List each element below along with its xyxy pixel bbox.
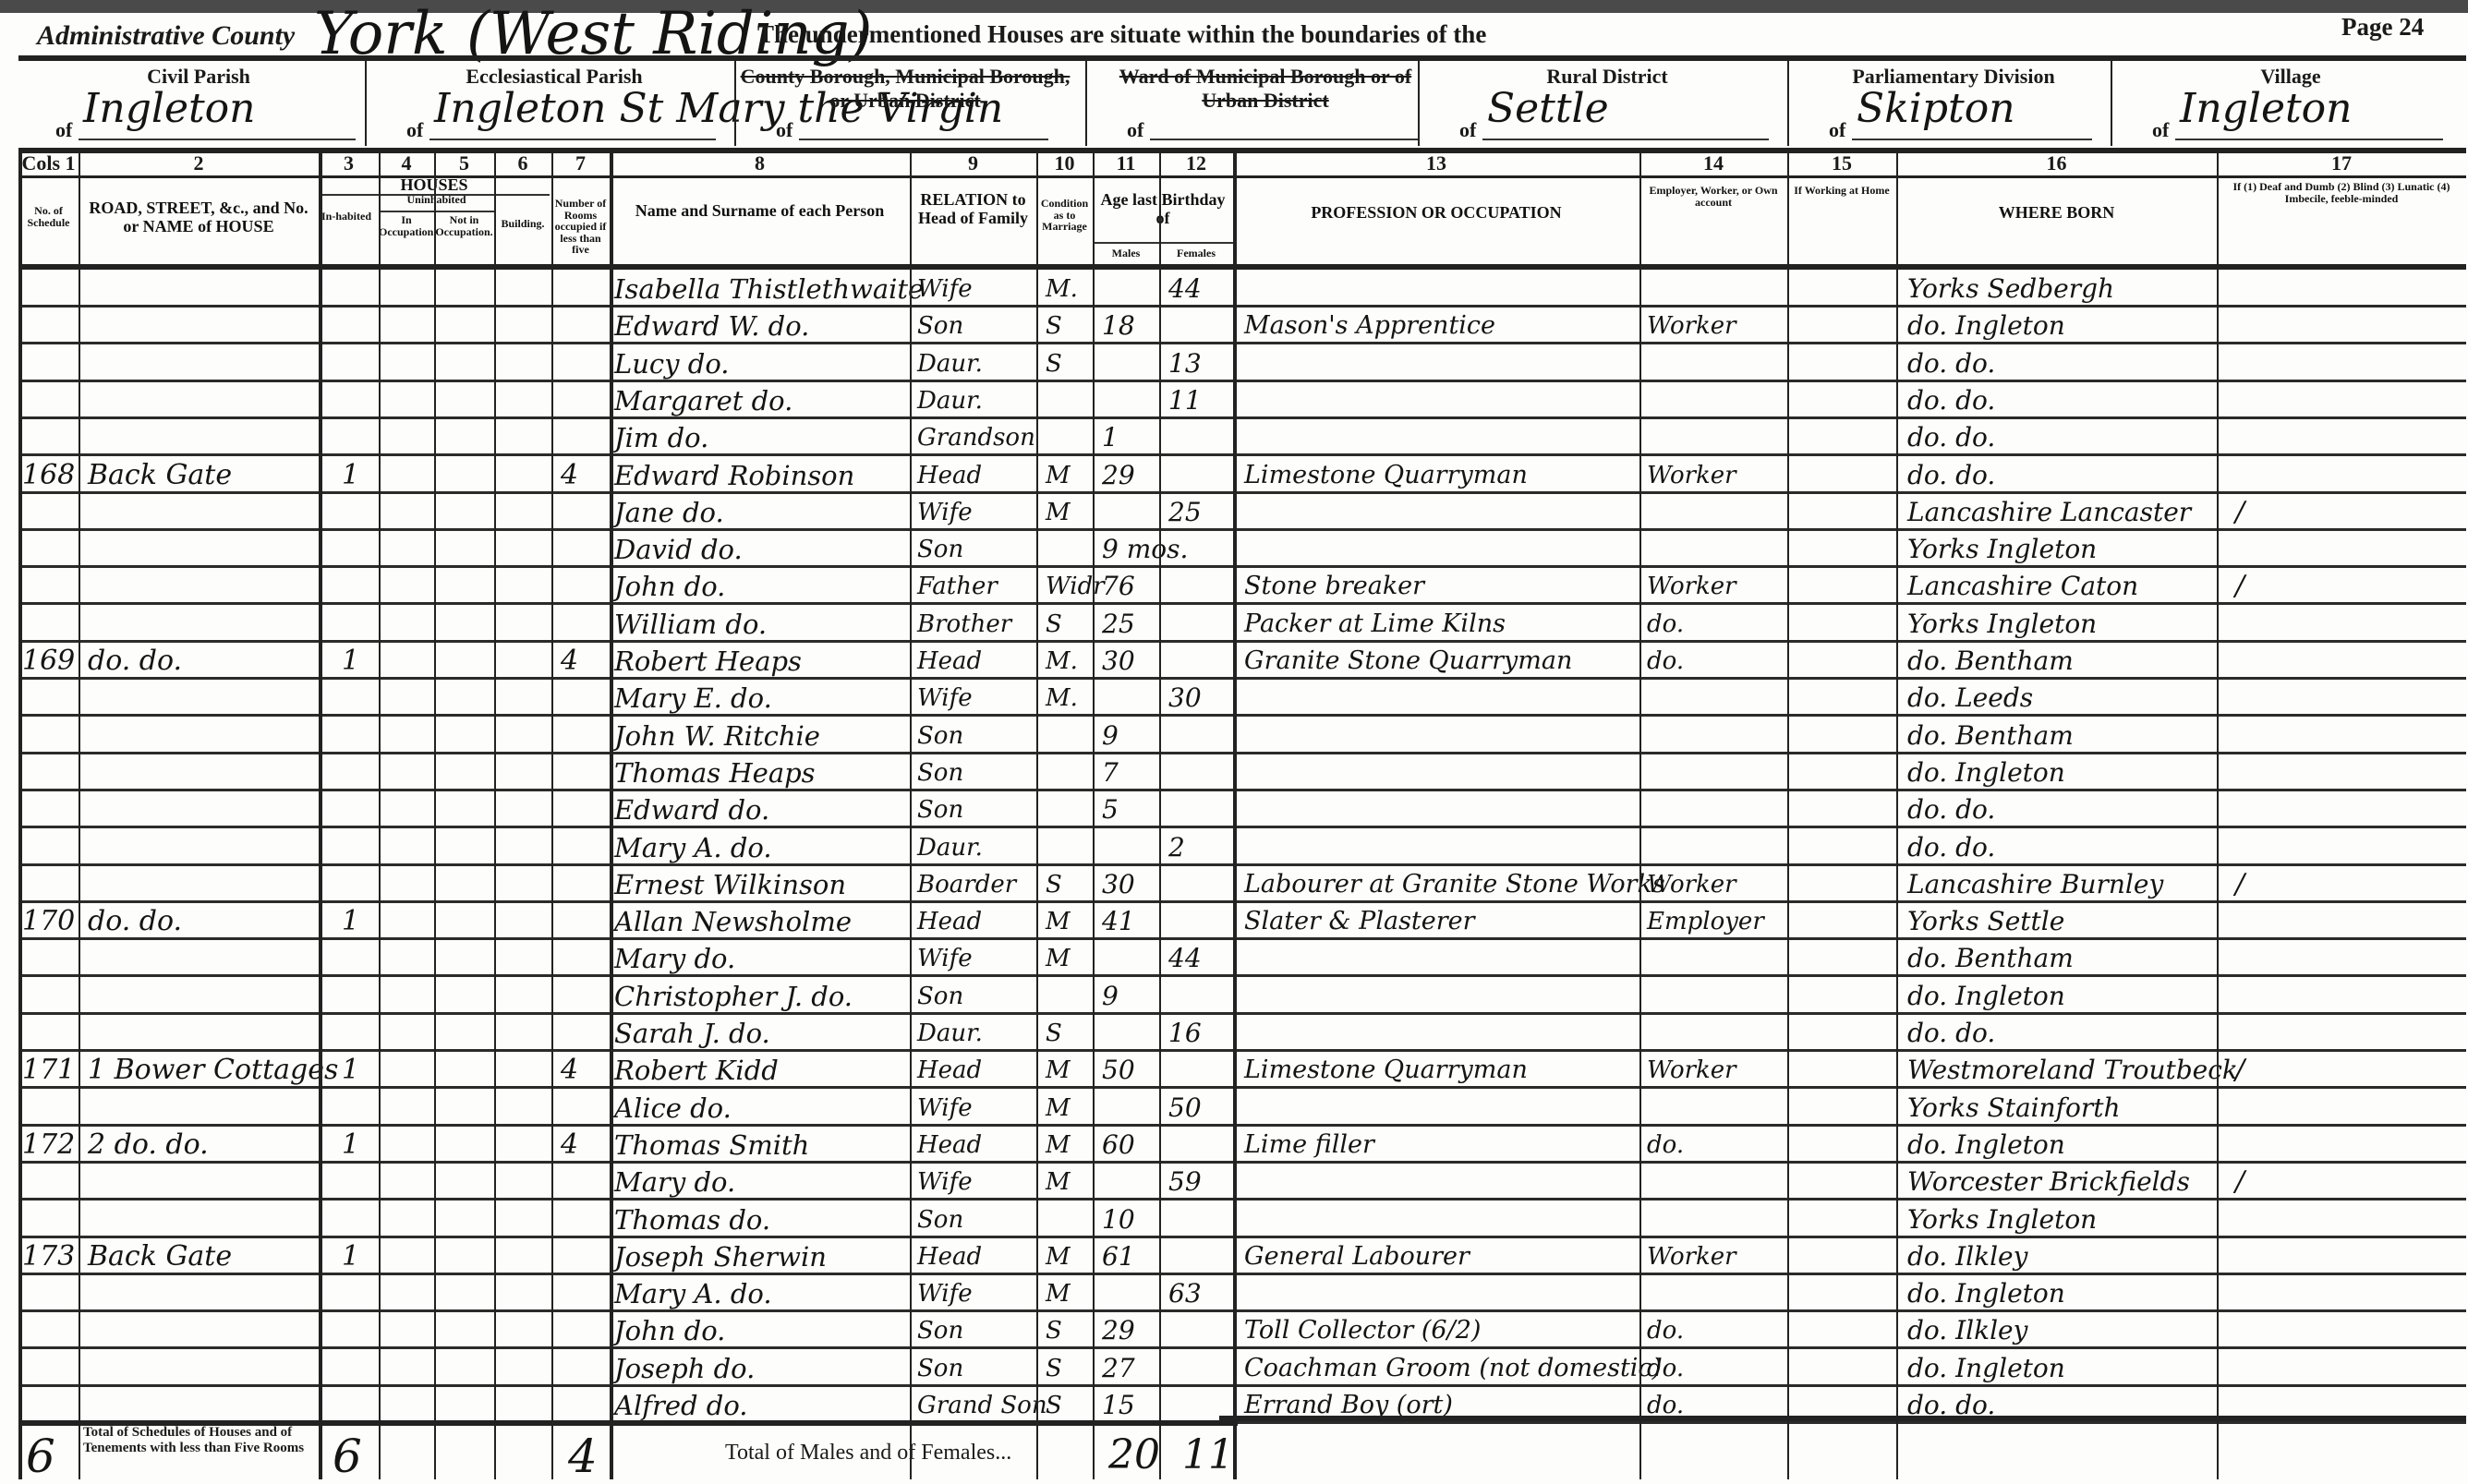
address bbox=[88, 863, 319, 900]
infirmity-mark bbox=[2235, 826, 2291, 863]
occupation: Packer at Lime Kilns bbox=[1244, 603, 1641, 640]
age-female: 25 bbox=[1168, 491, 1228, 528]
address bbox=[88, 1384, 319, 1421]
infirmity-mark bbox=[2235, 380, 2291, 416]
address bbox=[88, 1309, 319, 1346]
schedule-number bbox=[22, 1087, 78, 1124]
schedule-header: No. of Schedule bbox=[18, 205, 79, 228]
where-born: Yorks Settle bbox=[1907, 900, 2221, 937]
person-name: Lucy do. bbox=[614, 343, 919, 380]
age-male: 5 bbox=[1102, 789, 1162, 826]
column-number: 14 bbox=[1639, 151, 1787, 175]
where-born: do. Bentham bbox=[1907, 937, 2221, 974]
marital-condition: S bbox=[1046, 1384, 1096, 1421]
marital-condition bbox=[1046, 416, 1096, 453]
column-number: 12 bbox=[1159, 151, 1233, 175]
relation: Son bbox=[917, 305, 1037, 342]
person-name: Mary do. bbox=[614, 1161, 919, 1198]
where-born: Yorks Ingleton bbox=[1907, 1199, 2221, 1236]
infirmity-mark bbox=[2235, 937, 2291, 974]
column-rule bbox=[610, 150, 613, 1479]
employment-status bbox=[1647, 528, 1790, 565]
column-number: 4 bbox=[379, 151, 434, 175]
underline bbox=[1852, 139, 2092, 140]
person-name: Edward W. do. bbox=[614, 305, 919, 342]
schedule-number: 172 bbox=[22, 1124, 78, 1161]
occupation: Limestone Quarryman bbox=[1244, 1049, 1641, 1086]
marital-condition: M. bbox=[1046, 677, 1096, 714]
age-male bbox=[1102, 1273, 1162, 1309]
inhabited-count bbox=[342, 715, 379, 752]
schedule-number bbox=[22, 416, 78, 453]
occupation bbox=[1244, 937, 1641, 974]
rooms-count bbox=[561, 1199, 607, 1236]
schedule-number: 173 bbox=[22, 1236, 78, 1273]
schedule-number bbox=[22, 1273, 78, 1309]
infirmity-mark bbox=[2235, 715, 2291, 752]
address: do. do. bbox=[88, 900, 319, 937]
infirmity-mark bbox=[2235, 454, 2291, 491]
inhabited-count bbox=[342, 1012, 379, 1049]
occupation bbox=[1244, 416, 1641, 453]
occupation bbox=[1244, 491, 1641, 528]
inhabited-count: 1 bbox=[342, 640, 379, 677]
inhabited-count bbox=[342, 1199, 379, 1236]
address bbox=[88, 752, 319, 789]
header-divider bbox=[365, 59, 367, 146]
age-female bbox=[1168, 975, 1228, 1012]
column-rule bbox=[494, 150, 496, 1479]
occupation: Limestone Quarryman bbox=[1244, 454, 1641, 491]
relation: Wife bbox=[917, 677, 1037, 714]
rooms-count bbox=[561, 268, 607, 305]
divider bbox=[18, 55, 2466, 61]
person-name: Jane do. bbox=[614, 491, 919, 528]
at-home-header: If Working at Home bbox=[1787, 185, 1896, 197]
person-name: Thomas Smith bbox=[614, 1124, 919, 1161]
person-name: Edward Robinson bbox=[614, 454, 919, 491]
relation: Grand Son bbox=[917, 1384, 1037, 1421]
column-rule bbox=[379, 150, 381, 1479]
employment-status: Worker bbox=[1647, 454, 1790, 491]
total-rooms: 4 bbox=[568, 1430, 598, 1483]
age-male: 1 bbox=[1102, 416, 1162, 453]
relation: Grandson bbox=[917, 416, 1037, 453]
marital-condition bbox=[1046, 789, 1096, 826]
marital-condition: Widr bbox=[1046, 565, 1096, 602]
total-males: 20 bbox=[1108, 1431, 1160, 1478]
relation: Head bbox=[917, 1236, 1037, 1273]
where-born: Yorks Sedbergh bbox=[1907, 268, 2221, 305]
divider bbox=[379, 211, 494, 212]
column-rule bbox=[1036, 150, 1038, 1479]
address bbox=[88, 677, 319, 714]
inhabited-count bbox=[342, 752, 379, 789]
column-number: 11 bbox=[1093, 151, 1159, 175]
age-female: 2 bbox=[1168, 826, 1228, 863]
person-name: Robert Kidd bbox=[614, 1049, 919, 1086]
schedule-number bbox=[22, 1012, 78, 1049]
schedule-number bbox=[22, 1199, 78, 1236]
employment-status bbox=[1647, 1012, 1790, 1049]
rooms-count bbox=[561, 900, 607, 937]
column-number: 3 bbox=[319, 151, 379, 175]
relation: Son bbox=[917, 528, 1037, 565]
females-header: Females bbox=[1159, 247, 1233, 259]
schedule-number: 169 bbox=[22, 640, 78, 677]
where-born-header: WHERE BORN bbox=[1896, 203, 2217, 222]
address bbox=[88, 565, 319, 602]
marital-condition bbox=[1046, 752, 1096, 789]
relation: Head bbox=[917, 640, 1037, 677]
employment-status bbox=[1647, 1087, 1790, 1124]
relation: Wife bbox=[917, 491, 1037, 528]
age-male: 27 bbox=[1102, 1347, 1162, 1384]
infirmity-mark bbox=[2235, 1236, 2291, 1273]
inhabited-count: 1 bbox=[342, 454, 379, 491]
person-name: David do. bbox=[614, 528, 919, 565]
employment-status: do. bbox=[1647, 640, 1790, 677]
age-female: 44 bbox=[1168, 268, 1228, 305]
age-female bbox=[1168, 603, 1228, 640]
inhabited-count bbox=[342, 863, 379, 900]
employment-status bbox=[1647, 752, 1790, 789]
infirmity-header: If (1) Deaf and Dumb (2) Blind (3) Lunat… bbox=[2226, 181, 2457, 204]
occupation bbox=[1244, 268, 1641, 305]
header-field-value: Skipton bbox=[1857, 85, 2015, 132]
occupation-header: PROFESSION OR OCCUPATION bbox=[1233, 203, 1639, 222]
marital-condition bbox=[1046, 380, 1096, 416]
infirmity-mark bbox=[2235, 640, 2291, 677]
age-male: 10 bbox=[1102, 1199, 1162, 1236]
column-number: 10 bbox=[1036, 151, 1093, 175]
inhabited-count bbox=[342, 528, 379, 565]
column-number: 6 bbox=[494, 151, 551, 175]
person-name: Mary E. do. bbox=[614, 677, 919, 714]
marital-condition bbox=[1046, 975, 1096, 1012]
underline bbox=[2175, 139, 2443, 140]
where-born: do. Ingleton bbox=[1907, 305, 2221, 342]
divider bbox=[1219, 1416, 2466, 1421]
infirmity-mark bbox=[2235, 677, 2291, 714]
schedule-number bbox=[22, 1347, 78, 1384]
column-rule bbox=[551, 150, 553, 1479]
where-born: do. Ingleton bbox=[1907, 1124, 2221, 1161]
relation: Wife bbox=[917, 268, 1037, 305]
age-male: 30 bbox=[1102, 640, 1162, 677]
address bbox=[88, 603, 319, 640]
inhabited-count bbox=[342, 1347, 379, 1384]
employment-status: Worker bbox=[1647, 863, 1790, 900]
relation: Daur. bbox=[917, 1012, 1037, 1049]
employment-status bbox=[1647, 1161, 1790, 1198]
infirmity-mark bbox=[2235, 900, 2291, 937]
where-born: do. do. bbox=[1907, 826, 2221, 863]
marital-condition bbox=[1046, 715, 1096, 752]
employment-status: Employer bbox=[1647, 900, 1790, 937]
inhabited-count bbox=[342, 975, 379, 1012]
age-male bbox=[1102, 1087, 1162, 1124]
rooms-header: Number of Rooms occupied if less than fi… bbox=[551, 198, 610, 256]
age-female: 30 bbox=[1168, 677, 1228, 714]
employment-status: Worker bbox=[1647, 1049, 1790, 1086]
marital-condition: M bbox=[1046, 454, 1096, 491]
where-born: do. Bentham bbox=[1907, 640, 2221, 677]
occupation bbox=[1244, 1161, 1641, 1198]
age-female: 11 bbox=[1168, 380, 1228, 416]
males-header: Males bbox=[1093, 247, 1159, 259]
relation: Brother bbox=[917, 603, 1037, 640]
age-header: Age last Birthday of bbox=[1093, 190, 1233, 227]
age-male bbox=[1102, 937, 1162, 974]
employment-status bbox=[1647, 937, 1790, 974]
where-born: do. do. bbox=[1907, 416, 2221, 453]
person-name: Alfred do. bbox=[614, 1384, 919, 1421]
where-born: do. Ingleton bbox=[1907, 1347, 2221, 1384]
column-rule bbox=[1159, 150, 1161, 1479]
header-field-of: of bbox=[55, 118, 72, 142]
header-field-of: of bbox=[1829, 118, 1845, 142]
occupation bbox=[1244, 975, 1641, 1012]
marital-condition: M bbox=[1046, 1161, 1096, 1198]
column-number: 13 bbox=[1233, 151, 1639, 175]
occupation bbox=[1244, 715, 1641, 752]
schedule-number bbox=[22, 1384, 78, 1421]
age-female: 50 bbox=[1168, 1087, 1228, 1124]
person-name: Thomas do. bbox=[614, 1199, 919, 1236]
schedule-number bbox=[22, 1309, 78, 1346]
age-female bbox=[1168, 863, 1228, 900]
age-male: 30 bbox=[1102, 863, 1162, 900]
relation: Daur. bbox=[917, 380, 1037, 416]
occupation bbox=[1244, 1273, 1641, 1309]
person-name: Robert Heaps bbox=[614, 640, 919, 677]
header-field-of: of bbox=[776, 118, 792, 142]
where-born: Westmoreland Troutbeck bbox=[1907, 1049, 2221, 1086]
census-page: Administrative County York (West Riding)… bbox=[0, 0, 2468, 1484]
header-field-label: County Borough, Municipal Borough, or Ur… bbox=[739, 65, 1071, 113]
relation: Head bbox=[917, 1124, 1037, 1161]
occupation bbox=[1244, 380, 1641, 416]
relation: Wife bbox=[917, 1161, 1037, 1198]
address: 1 Bower Cottages bbox=[88, 1049, 319, 1086]
rooms-count bbox=[561, 826, 607, 863]
employment-status: do. bbox=[1647, 603, 1790, 640]
schedule-number bbox=[22, 937, 78, 974]
rooms-count bbox=[561, 528, 607, 565]
age-male: 76 bbox=[1102, 565, 1162, 602]
age-female bbox=[1168, 1124, 1228, 1161]
address: Back Gate bbox=[88, 454, 319, 491]
infirmity-mark bbox=[2235, 752, 2291, 789]
column-rule bbox=[79, 150, 80, 1479]
marital-condition: S bbox=[1046, 1012, 1096, 1049]
underline bbox=[1150, 139, 1418, 140]
address: 2 do. do. bbox=[88, 1124, 319, 1161]
total-schedules-label: Total of Schedules of Houses and of Tene… bbox=[83, 1425, 305, 1480]
age-female: 63 bbox=[1168, 1273, 1228, 1309]
where-born: do. Ingleton bbox=[1907, 752, 2221, 789]
header-divider bbox=[1085, 59, 1087, 146]
employment-status bbox=[1647, 1273, 1790, 1309]
where-born: Lancashire Burnley bbox=[1907, 863, 2221, 900]
column-number: 2 bbox=[79, 151, 319, 175]
inhabited-header: In-habited bbox=[319, 211, 374, 223]
age-male: 60 bbox=[1102, 1124, 1162, 1161]
relation: Head bbox=[917, 1049, 1037, 1086]
age-male bbox=[1102, 268, 1162, 305]
occupation: Slater & Plasterer bbox=[1244, 900, 1641, 937]
where-born: do. do. bbox=[1907, 380, 2221, 416]
person-name: Mary A. do. bbox=[614, 1273, 919, 1309]
infirmity-mark bbox=[2235, 416, 2291, 453]
employment-status bbox=[1647, 715, 1790, 752]
underline bbox=[799, 139, 1048, 140]
rooms-count bbox=[561, 1087, 607, 1124]
where-born: Worcester Brickfields bbox=[1907, 1161, 2221, 1198]
marital-condition: S bbox=[1046, 343, 1096, 380]
address bbox=[88, 1347, 319, 1384]
address bbox=[88, 1087, 319, 1124]
occupation bbox=[1244, 1087, 1641, 1124]
header-field-of: of bbox=[1459, 118, 1476, 142]
rooms-count bbox=[561, 1012, 607, 1049]
intro-text: The undermentioned Houses are situate wi… bbox=[757, 20, 1486, 49]
where-born: Lancashire Lancaster bbox=[1907, 491, 2221, 528]
total-females: 11 bbox=[1182, 1431, 1234, 1478]
inhabited-count bbox=[342, 937, 379, 974]
inhabited-count bbox=[342, 826, 379, 863]
rooms-count bbox=[561, 1347, 607, 1384]
infirmity-mark bbox=[2235, 1087, 2291, 1124]
employment-status bbox=[1647, 380, 1790, 416]
address bbox=[88, 789, 319, 826]
inhabited-count bbox=[342, 677, 379, 714]
occupation: General Labourer bbox=[1244, 1236, 1641, 1273]
address bbox=[88, 1012, 319, 1049]
address bbox=[88, 1273, 319, 1309]
address bbox=[88, 826, 319, 863]
person-name: Edward do. bbox=[614, 789, 919, 826]
occupation bbox=[1244, 677, 1641, 714]
schedule-number: 171 bbox=[22, 1049, 78, 1086]
schedule-number bbox=[22, 565, 78, 602]
age-female bbox=[1168, 640, 1228, 677]
rooms-count bbox=[561, 603, 607, 640]
age-female bbox=[1168, 565, 1228, 602]
rooms-count bbox=[561, 380, 607, 416]
employment-status bbox=[1647, 789, 1790, 826]
where-born: do. Ingleton bbox=[1907, 975, 2221, 1012]
age-male bbox=[1102, 1012, 1162, 1049]
age-female bbox=[1168, 715, 1228, 752]
infirmity-mark bbox=[2235, 1124, 2291, 1161]
where-born: Yorks Ingleton bbox=[1907, 528, 2221, 565]
person-name: Joseph do. bbox=[614, 1347, 919, 1384]
rooms-count bbox=[561, 752, 607, 789]
header-field-value: Ingleton bbox=[2180, 85, 2353, 132]
where-born: do. do. bbox=[1907, 789, 2221, 826]
infirmity-mark: / bbox=[2235, 565, 2291, 602]
inhabited-count bbox=[342, 603, 379, 640]
schedule-number bbox=[22, 380, 78, 416]
address bbox=[88, 305, 319, 342]
occupation bbox=[1244, 343, 1641, 380]
header-field-of: of bbox=[406, 118, 423, 142]
not-in-occupation-header: Not in Occupation. bbox=[434, 214, 494, 237]
inhabited-count bbox=[342, 1161, 379, 1198]
condition-header: Condition as to Marriage bbox=[1036, 198, 1093, 233]
relation: Head bbox=[917, 454, 1037, 491]
marital-condition: M bbox=[1046, 937, 1096, 974]
infirmity-mark: / bbox=[2235, 1049, 2291, 1086]
person-name: Allan Newsholme bbox=[614, 900, 919, 937]
schedule-number bbox=[22, 789, 78, 826]
age-male: 61 bbox=[1102, 1236, 1162, 1273]
occupation: Toll Collector (6/2) bbox=[1244, 1309, 1641, 1346]
schedule-number bbox=[22, 491, 78, 528]
address: Back Gate bbox=[88, 1236, 319, 1273]
schedule-number bbox=[22, 1161, 78, 1198]
infirmity-mark: / bbox=[2235, 863, 2291, 900]
inhabited-count bbox=[342, 1384, 379, 1421]
relation: Daur. bbox=[917, 826, 1037, 863]
age-male bbox=[1102, 826, 1162, 863]
person-name: Christopher J. do. bbox=[614, 975, 919, 1012]
where-born: do. do. bbox=[1907, 454, 2221, 491]
age-female: 59 bbox=[1168, 1161, 1228, 1198]
column-rule bbox=[2217, 150, 2219, 1479]
marital-condition: M. bbox=[1046, 640, 1096, 677]
underline bbox=[429, 139, 716, 140]
road-header: ROAD, STREET, &c., and No. or NAME of HO… bbox=[83, 199, 314, 235]
rooms-count bbox=[561, 715, 607, 752]
where-born: do. Ilkley bbox=[1907, 1236, 2221, 1273]
name-header: Name and Surname of each Person bbox=[610, 201, 910, 220]
relation: Wife bbox=[917, 937, 1037, 974]
relation: Wife bbox=[917, 1087, 1037, 1124]
relation: Son bbox=[917, 789, 1037, 826]
schedule-number bbox=[22, 975, 78, 1012]
rooms-count bbox=[561, 1273, 607, 1309]
infirmity-mark bbox=[2235, 1347, 2291, 1384]
schedule-number bbox=[22, 305, 78, 342]
marital-condition: M bbox=[1046, 1124, 1096, 1161]
rooms-count bbox=[561, 1161, 607, 1198]
employment-status bbox=[1647, 416, 1790, 453]
header-divider bbox=[734, 59, 736, 146]
schedule-number bbox=[22, 343, 78, 380]
marital-condition: M bbox=[1046, 900, 1096, 937]
address bbox=[88, 268, 319, 305]
relation: Son bbox=[917, 1309, 1037, 1346]
address bbox=[88, 528, 319, 565]
age-male: 41 bbox=[1102, 900, 1162, 937]
infirmity-mark bbox=[2235, 1273, 2291, 1309]
header-divider bbox=[2111, 59, 2112, 146]
person-name: Mary A. do. bbox=[614, 826, 919, 863]
inhabited-count bbox=[342, 565, 379, 602]
person-name: Ernest Wilkinson bbox=[614, 863, 919, 900]
column-rule bbox=[910, 150, 912, 1479]
schedule-number bbox=[22, 715, 78, 752]
rooms-count bbox=[561, 1236, 607, 1273]
inhabited-count: 1 bbox=[342, 900, 379, 937]
rooms-count bbox=[561, 305, 607, 342]
schedule-number bbox=[22, 268, 78, 305]
inhabited-count bbox=[342, 305, 379, 342]
employment-status bbox=[1647, 826, 1790, 863]
